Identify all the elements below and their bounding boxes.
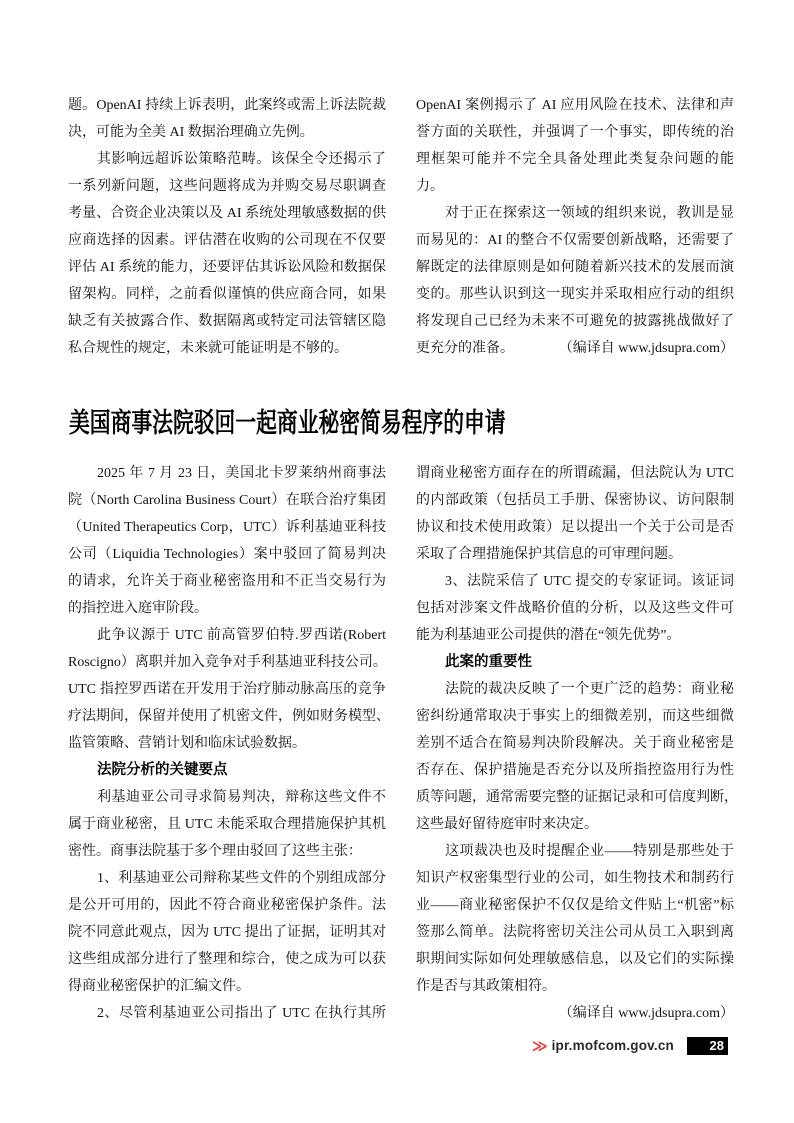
text-line: 题。OpenAI 持续上诉表明，此案终或需上诉法院裁: [68, 92, 386, 119]
text-line: 差别不适合在简易判决阶段解决。关于商业秘密是: [416, 730, 734, 757]
text-line: OpenAI 案例揭示了 AI 应用风险在技术、法律和声: [416, 92, 734, 119]
text-column-left: 题。OpenAI 持续上诉表明，此案终或需上诉法院裁决，可能为全美 AI 数据治…: [68, 92, 386, 362]
text-line: 对于正在探索这一领域的组织来说，教训是显: [416, 200, 734, 227]
text-line: （United Therapeutics Corp，UTC）诉利基迪亚科技: [68, 514, 386, 541]
text-line: 2025 年 7 月 23 日，美国北卡罗莱纳州商事法: [68, 460, 386, 487]
footer-site-url: ipr.mofcom.gov.cn: [552, 1038, 674, 1053]
text-line: Roscigno）离职并加入竞争对手利基迪亚科技公司。: [68, 649, 386, 676]
text-line: 誉方面的关联性，并强调了一个事实，即传统的治: [416, 119, 734, 146]
text-line: 能为利基迪亚公司提供的潜在“领先优势”。: [416, 622, 734, 649]
text-line: 更充分的准备。（编译自 www.jdsupra.com）: [416, 335, 734, 362]
text-line: 这些最好留待庭审时来决定。: [416, 811, 734, 838]
text-line: 密性。商事法院基于多个理由驳回了这些主张：: [68, 838, 386, 865]
text-line: 考量、合资企业决策以及 AI 系统处理敏感数据的供: [68, 200, 386, 227]
text-line: 院（North Carolina Business Court）在联合治疗集团: [68, 487, 386, 514]
text-line: 这些组成部分进行了整理和综合，使之成为可以获: [68, 946, 386, 973]
text-line: 其影响远超诉讼策略范畴。该保全令还揭示了: [68, 146, 386, 173]
text-line: 业——商业秘密保护不仅仅是给文件贴上“机密”标: [416, 892, 734, 919]
document-page: 题。OpenAI 持续上诉表明，此案终或需上诉法院裁决，可能为全美 AI 数据治…: [0, 0, 794, 1123]
text-line: 而易见的：AI 的整合不仅需要创新战略，还需要了: [416, 227, 734, 254]
text-line: 3、法院采信了 UTC 提交的专家证词。该证词: [416, 568, 734, 595]
text-line: 密纠纷通常取决于事实上的细微差别，而这些细微: [416, 703, 734, 730]
page-number-badge: 28: [687, 1037, 728, 1055]
article-openai-continuation: 题。OpenAI 持续上诉表明，此案终或需上诉法院裁决，可能为全美 AI 数据治…: [68, 92, 734, 362]
article-title: 美国商事法院驳回一起商业秘密简易程序的申请: [69, 406, 506, 440]
text-line: 否存在、保护措施是否充分以及所指控盗用行为性: [416, 757, 734, 784]
text-line: 疗法期间，保留并使用了机密文件，例如财务模型、: [68, 703, 386, 730]
text-line: 1、利基迪亚公司辩称某些文件的个别组成部分: [68, 865, 386, 892]
sub-heading: 法院分析的关键要点: [68, 757, 386, 784]
text-line: （编译自 www.jdsupra.com）: [416, 1000, 734, 1027]
text-line: 一系列新问题，这些问题将成为并购交易尽职调查: [68, 173, 386, 200]
text-line: 属于商业秘密，且 UTC 未能采取合理措施保护其机: [68, 811, 386, 838]
text-line: 这项裁决也及时提醒企业——特别是那些处于: [416, 838, 734, 865]
text-line: 2、尽管利基迪亚公司指出了 UTC 在执行其所: [68, 1000, 386, 1027]
text-line: 此争议源于 UTC 前高管罗伯特.罗西诺(Robert: [68, 622, 386, 649]
text-line: 的请求，允许关于商业秘密盗用和不正当交易行为: [68, 568, 386, 595]
text-column-left: 2025 年 7 月 23 日，美国北卡罗莱纳州商事法院（North Carol…: [68, 460, 386, 1027]
text-line: 理框架可能并不完全具备处理此类复杂问题的能: [416, 146, 734, 173]
text-line: 留架构。同样，之前看似谨慎的供应商合同，如果: [68, 281, 386, 308]
text-column-right: OpenAI 案例揭示了 AI 应用风险在技术、法律和声誉方面的关联性，并强调了…: [416, 92, 734, 362]
text-line: 法院的裁决反映了一个更广泛的趋势：商业秘: [416, 676, 734, 703]
text-line: 应商选择的因素。评估潜在收购的公司现在不仅要: [68, 227, 386, 254]
text-line-left-part: 更充分的准备。: [416, 335, 514, 362]
text-line: 公司（Liquidia Technologies）案中驳回了简易判决: [68, 541, 386, 568]
text-line: 监管策略、营销计划和临床试验数据。: [68, 730, 386, 757]
sub-heading: 此案的重要性: [416, 649, 734, 676]
text-line: 评估 AI 系统的能力，还要评估其诉讼风险和数据保: [68, 254, 386, 281]
text-line: 变的。那些认识到这一现实并采取相应行动的组织: [416, 281, 734, 308]
text-line: 的内部政策（包括员工手册、保密协议、访问限制: [416, 487, 734, 514]
text-line: 利基迪亚公司寻求简易判决，辩称这些文件不: [68, 784, 386, 811]
text-line: UTC 指控罗西诺在开发用于治疗肺动脉高压的竞争: [68, 676, 386, 703]
text-line: 作是否与其政策相符。: [416, 973, 734, 1000]
text-line: 谓商业秘密方面存在的所谓疏漏，但法院认为 UTC: [416, 460, 734, 487]
text-line: 知识产权密集型行业的公司，如生物技术和制药行: [416, 865, 734, 892]
text-line: 采取了合理措施保护其信息的可审理问题。: [416, 541, 734, 568]
text-line: 协议和技术使用政策）足以提出一个关于公司是否: [416, 514, 734, 541]
text-line: 是公开可用的，因此不符合商业秘密保护条件。法: [68, 892, 386, 919]
text-line: 得商业秘密保护的汇编文件。: [68, 973, 386, 1000]
text-line: 职期间实际如何处理敏感信息，以及它们的实际操: [416, 946, 734, 973]
text-column-right: 谓商业秘密方面存在的所谓疏漏，但法院认为 UTC的内部政策（包括员工手册、保密协…: [416, 460, 734, 1027]
text-line: 解既定的法律原则是如何随着新兴技术的发展而演: [416, 254, 734, 281]
text-line: 包括对涉案文件战略价值的分析，以及这些文件可: [416, 595, 734, 622]
text-line: 缺乏有关披露合作、数据隔离或特定司法管辖区隐: [68, 308, 386, 335]
article-trade-secret: 2025 年 7 月 23 日，美国北卡罗莱纳州商事法院（North Carol…: [68, 460, 734, 1027]
double-chevron-icon: ≫: [532, 1037, 547, 1055]
text-line: 私合规性的规定，未来就可能证明是不够的。: [68, 335, 386, 362]
page-footer: ≫ ipr.mofcom.gov.cn 28: [68, 1036, 728, 1055]
text-line: 院不同意此观点，因为 UTC 提出了证据，证明其对: [68, 919, 386, 946]
text-line: 力。: [416, 173, 734, 200]
text-line: 的指控进入庭审阶段。: [68, 595, 386, 622]
attribution-text: （编译自 www.jdsupra.com）: [559, 335, 734, 362]
text-line: 签那么简单。法院将密切关注公司从员工入职到离: [416, 919, 734, 946]
text-line: 质等问题，通常需要完整的证据记录和可信度判断，: [416, 784, 734, 811]
text-line: 将发现自己已经为未来不可避免的披露挑战做好了: [416, 308, 734, 335]
text-line: 决，可能为全美 AI 数据治理确立先例。: [68, 119, 386, 146]
